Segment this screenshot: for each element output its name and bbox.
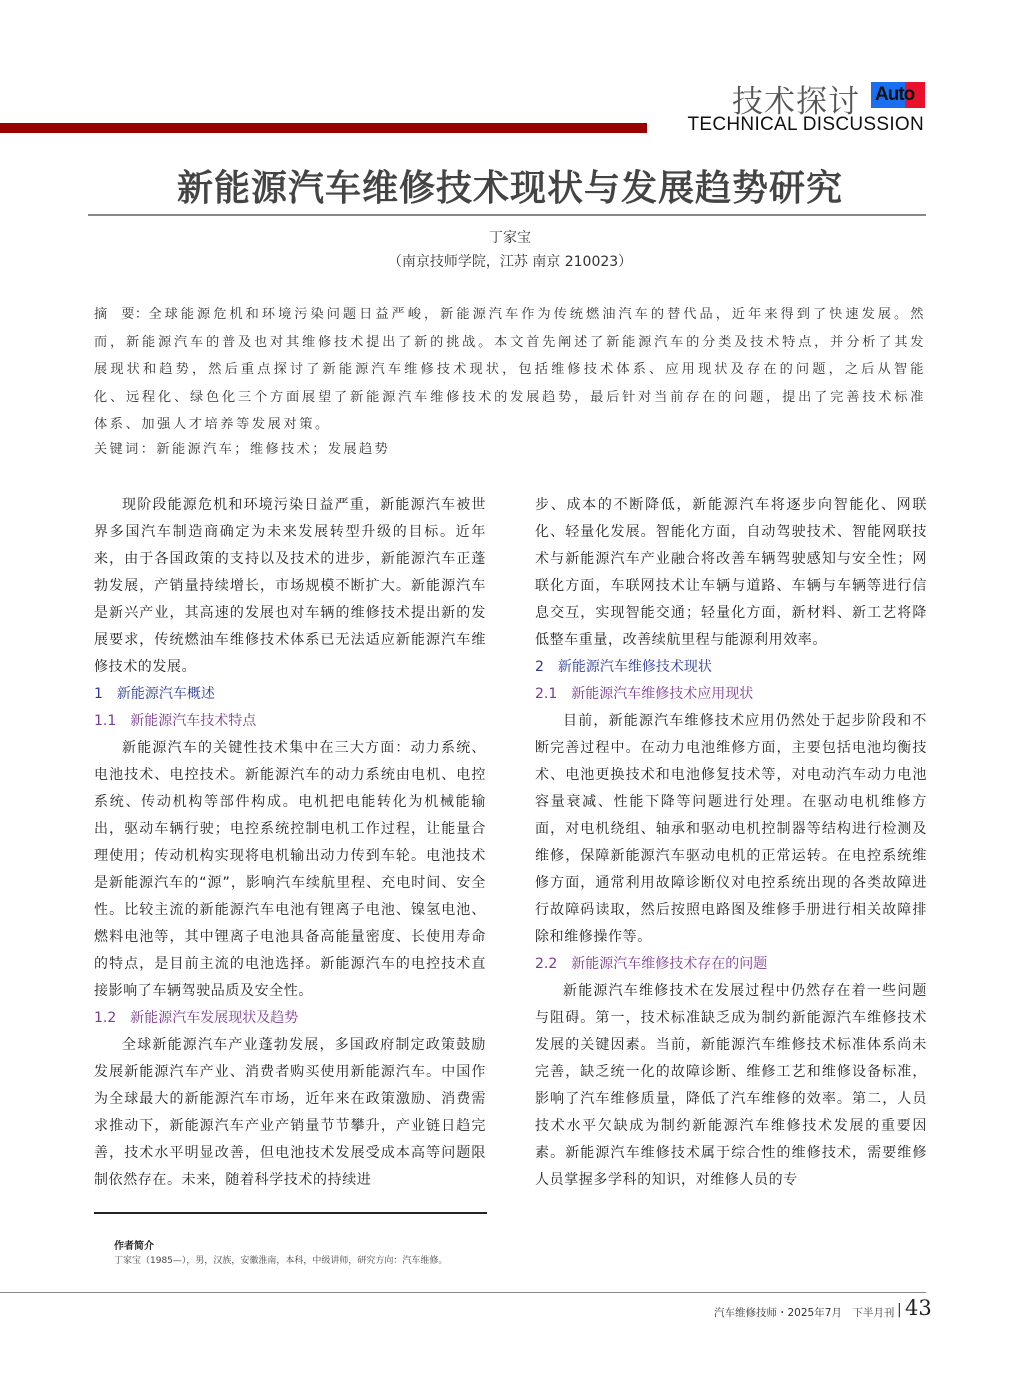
paragraph-1-2-continued: 步、成本的不断降低，新能源汽车将逐步向智能化、网联化、轻量化发展。智能化方面，自… xyxy=(535,492,927,654)
abstract: 摘 要：全球能源危机和环境污染问题日益严峻，新能源汽车作为传统燃油汽车的替代品，… xyxy=(94,301,926,439)
auto-logo-icon: Auto xyxy=(871,82,925,108)
heading-2-1: 2.1 新能源汽车维修技术应用现状 xyxy=(535,681,927,708)
footer-separator: | xyxy=(897,1302,902,1318)
footnote-divider xyxy=(94,1212,487,1214)
heading-1-2: 1.2 新能源汽车发展现状及趋势 xyxy=(94,1005,486,1032)
abstract-label: 摘 要： xyxy=(94,307,148,322)
keywords: 关键词：新能源汽车；维修技术；发展趋势 xyxy=(94,438,390,457)
heading-2-2: 2.2 新能源汽车维修技术存在的问题 xyxy=(535,951,927,978)
heading-1-1: 1.1 新能源汽车技术特点 xyxy=(94,708,486,735)
body-column-left: 现阶段能源危机和环境污染日益严重，新能源汽车被世界多国汽车制造商确定为未来发展转… xyxy=(94,492,486,1194)
body-column-right: 步、成本的不断降低，新能源汽车将逐步向智能化、网联化、轻量化发展。智能化方面，自… xyxy=(535,492,927,1194)
paragraph-2-1: 目前，新能源汽车维修技术应用仍然处于起步阶段和不断完善过程中。在动力电池维修方面… xyxy=(535,708,927,951)
title-divider xyxy=(88,214,926,216)
keywords-label: 关键词： xyxy=(94,442,156,457)
section-title-en: TECHNICAL DISCUSSION xyxy=(688,114,925,136)
article-title: 新能源汽车维修技术现状与发展趋势研究 xyxy=(0,160,1020,211)
header-red-bar xyxy=(0,123,647,133)
abstract-text: 全球能源危机和环境污染问题日益严峻，新能源汽车作为传统燃油汽车的替代品，近年来得… xyxy=(94,307,926,432)
author-name: 丁家宝 xyxy=(0,227,1020,247)
author-note-title: 作者简介 xyxy=(114,1237,154,1252)
journal-info: 汽车维修技师・2025年7月 下半月刊 xyxy=(714,1305,894,1320)
heading-2: 2 新能源汽车维修技术现状 xyxy=(535,654,927,681)
paragraph-2-2: 新能源汽车维修技术在发展过程中仍然存在着一些问题与阻碍。第一，技术标准缺乏成为制… xyxy=(535,978,927,1194)
heading-1: 1 新能源汽车概述 xyxy=(94,681,486,708)
logo-text: Auto xyxy=(875,82,914,108)
author-affiliation: （南京技师学院，江苏 南京 210023） xyxy=(0,251,1020,271)
paragraph-1-2: 全球新能源汽车产业蓬勃发展，多国政府制定政策鼓励发展新能源汽车产业、消费者购买使… xyxy=(94,1032,486,1194)
page-number: 43 xyxy=(905,1296,932,1320)
intro-paragraph: 现阶段能源危机和环境污染日益严重，新能源汽车被世界多国汽车制造商确定为未来发展转… xyxy=(94,492,486,681)
footer-divider xyxy=(0,1292,926,1293)
paragraph-1-1: 新能源汽车的关键性技术集中在三大方面：动力系统、电池技术、电控技术。新能源汽车的… xyxy=(94,735,486,1005)
author-note-text: 丁家宝（1985—），男，汉族，安徽淮南，本科，中级讲师，研究方向：汽车维修。 xyxy=(114,1253,447,1266)
keywords-text: 新能源汽车；维修技术；发展趋势 xyxy=(156,442,390,457)
